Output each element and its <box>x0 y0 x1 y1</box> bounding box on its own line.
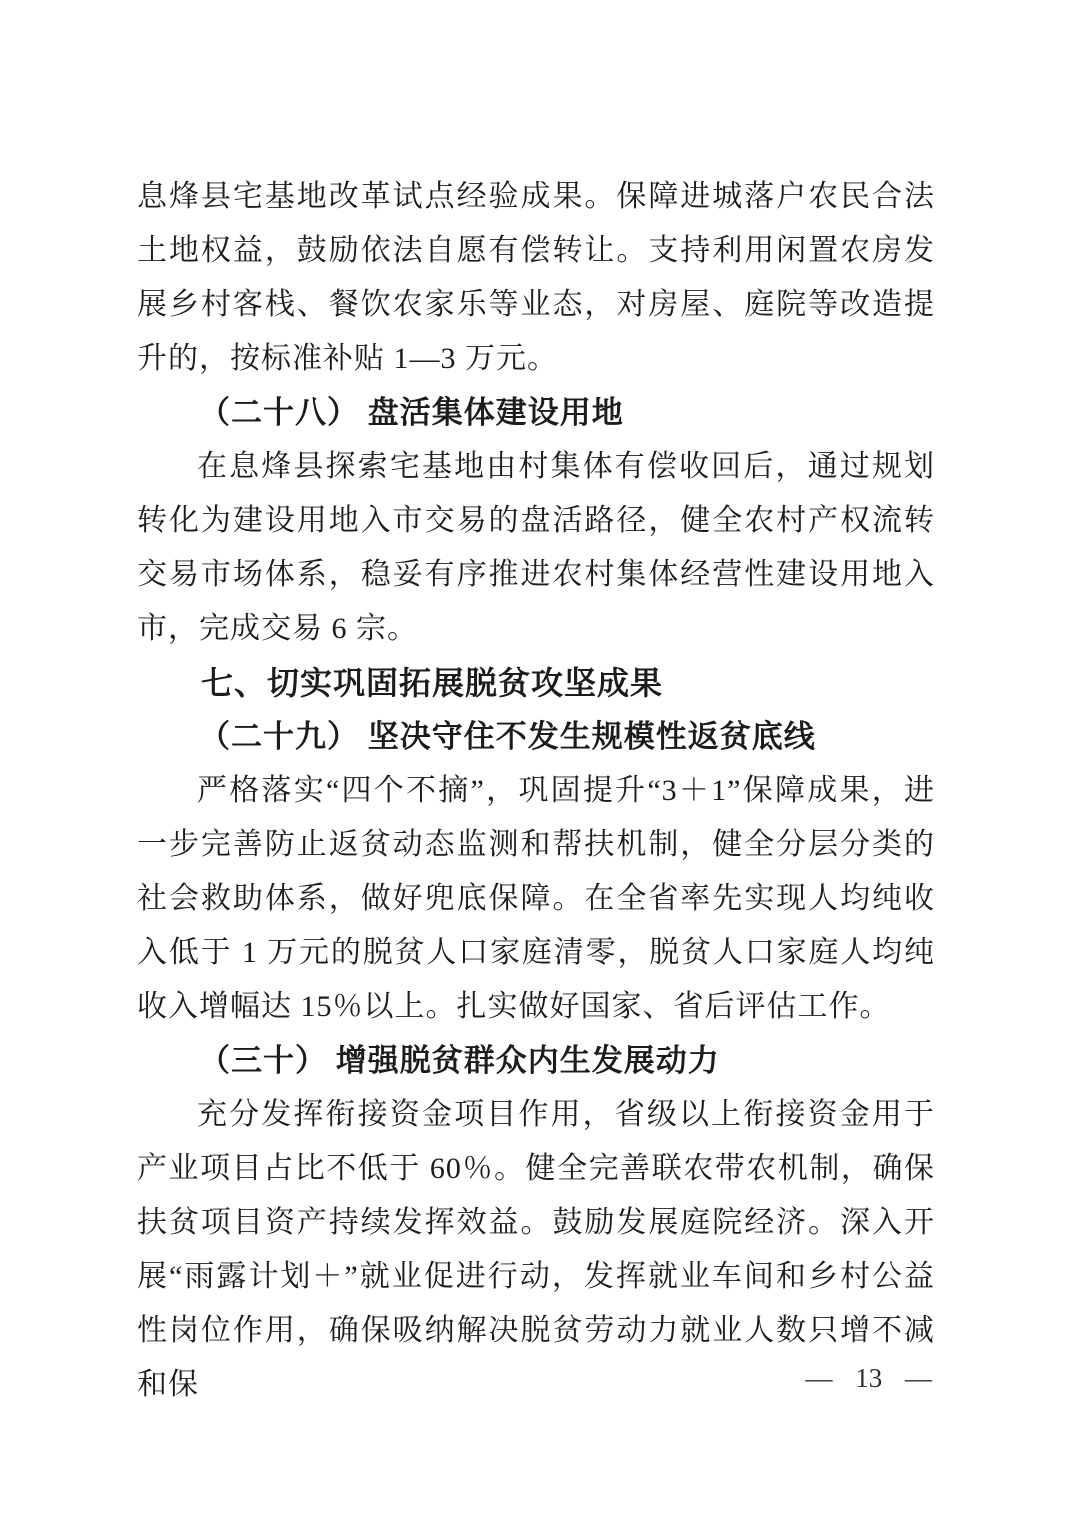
section-heading-28: （二十八） 盘活集体建设用地 <box>137 386 935 440</box>
paragraph-section-29: 严格落实“四个不摘”，巩固提升“3＋1”保障成果，进一步完善防止返贫动态监测和帮… <box>137 764 935 1034</box>
section-heading-30: （三十） 增强脱贫群众内生发展动力 <box>137 1034 935 1088</box>
page-number: — 13 — <box>806 1360 933 1396</box>
document-page: 息烽县宅基地改革试点经验成果。保障进城落户农民合法土地权益，鼓励依法自愿有偿转让… <box>0 0 1080 1528</box>
chapter-heading-7: 七、切实巩固拓展脱贫攻坚成果 <box>137 656 935 710</box>
section-heading-29: （二十九） 坚决守住不发生规模性返贫底线 <box>137 710 935 764</box>
paragraph-continuation: 息烽县宅基地改革试点经验成果。保障进城落户农民合法土地权益，鼓励依法自愿有偿转让… <box>137 170 935 386</box>
document-body: 息烽县宅基地改革试点经验成果。保障进城落户农民合法土地权益，鼓励依法自愿有偿转让… <box>137 170 935 1412</box>
paragraph-section-28: 在息烽县探索宅基地由村集体有偿收回后，通过规划转化为建设用地入市交易的盘活路径，… <box>137 440 935 656</box>
